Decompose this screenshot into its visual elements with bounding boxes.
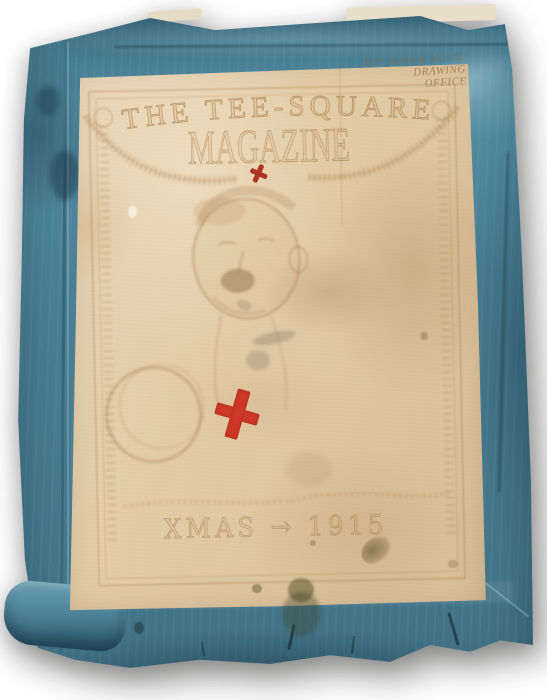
wrapper-top-seam	[114, 43, 514, 49]
wrapper-stain	[50, 150, 80, 200]
ink-stain	[252, 584, 262, 593]
paper-chip	[128, 206, 137, 218]
photo-of-magazine-cover: THE TEE-SQUARE MAGAZINE XMAS → 1915 H.P.…	[0, 0, 547, 700]
water-stain	[286, 452, 332, 486]
wrapper-right-crease	[498, 152, 510, 492]
wrapper-stain	[134, 622, 144, 634]
wrapper-fold-highlight	[67, 42, 69, 642]
wrapper-stain	[36, 86, 60, 116]
wrapper-tear	[201, 642, 205, 656]
wrapper-tear	[447, 612, 459, 646]
smudge-stain	[246, 350, 270, 370]
spot-stain	[420, 332, 428, 340]
spot-stain	[448, 560, 458, 568]
wrapper-tear	[351, 636, 355, 654]
spot-stain	[310, 540, 316, 546]
